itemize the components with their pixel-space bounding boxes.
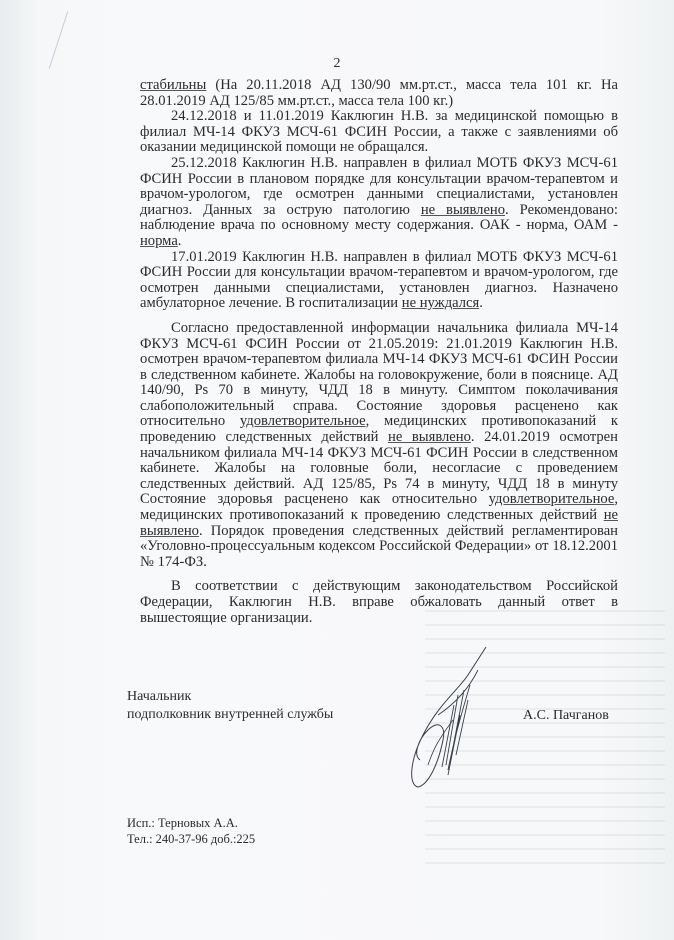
paragraph-text: (На 20.11.2018 АД 130/90 мм.рт.ст., масс… [140, 77, 618, 109]
paragraph-text: . [479, 295, 483, 311]
executor-phone: Тел.: 240-37-96 доб.:225 [127, 831, 255, 847]
paragraph-consultation-25-12-2018: 25.12.2018 Каклюгин Н.В. направлен в фил… [140, 156, 618, 250]
letter-body: стабильны (На 20.11.2018 АД 130/90 мм.рт… [140, 78, 618, 626]
paragraph-text: В соответствии с действующим законодател… [140, 578, 618, 625]
paragraph-text: 24.12.2018 и 11.01.2019 Каклюгин Н.В. за… [140, 108, 618, 155]
paragraph-appeal-right: В соответствии с действующим законодател… [140, 579, 618, 626]
executor-name: Исп.: Терновых А.А. [127, 815, 255, 831]
signer-name: А.С. Пачганов [523, 708, 609, 724]
scanned-page: 2 стабильны (На 20.11.2018 АД 130/90 мм.… [0, 0, 674, 940]
handwritten-signature-icon [398, 645, 490, 790]
paragraph-consultation-17-01-2019: 17.01.2019 Каклюгин Н.В. направлен в фил… [140, 250, 618, 312]
paragraph-no-requests: 24.12.2018 и 11.01.2019 Каклюгин Н.В. за… [140, 109, 618, 156]
paragraph-text: . Порядок проведения следственных действ… [140, 523, 618, 570]
paragraph-examinations-january: Согласно предоставленной информации нача… [140, 321, 618, 571]
paragraph-vitals-stable: стабильны (На 20.11.2018 АД 130/90 мм.рт… [140, 78, 618, 109]
paragraph-text: . [178, 233, 182, 249]
signature-block: Начальник подполковник внутренней службы [127, 688, 333, 724]
underlined-text: норма [140, 233, 178, 249]
underlined-text: удовлетворительное [489, 491, 615, 507]
underlined-text: не выявлено [421, 202, 505, 218]
page-number: 2 [0, 56, 674, 72]
underlined-text: стабильны [140, 77, 206, 93]
signer-title: Начальник [127, 688, 333, 706]
underlined-text: не выявлено [388, 429, 471, 445]
executor-info: Исп.: Терновых А.А. Тел.: 240-37-96 доб.… [127, 815, 255, 847]
paragraph-text: 17.01.2019 Каклюгин Н.В. направлен в фил… [140, 249, 618, 312]
underlined-text: не нуждался [402, 295, 479, 311]
signer-rank: подполковник внутренней службы [127, 706, 333, 724]
underlined-text: удовлетворительное [240, 413, 366, 429]
